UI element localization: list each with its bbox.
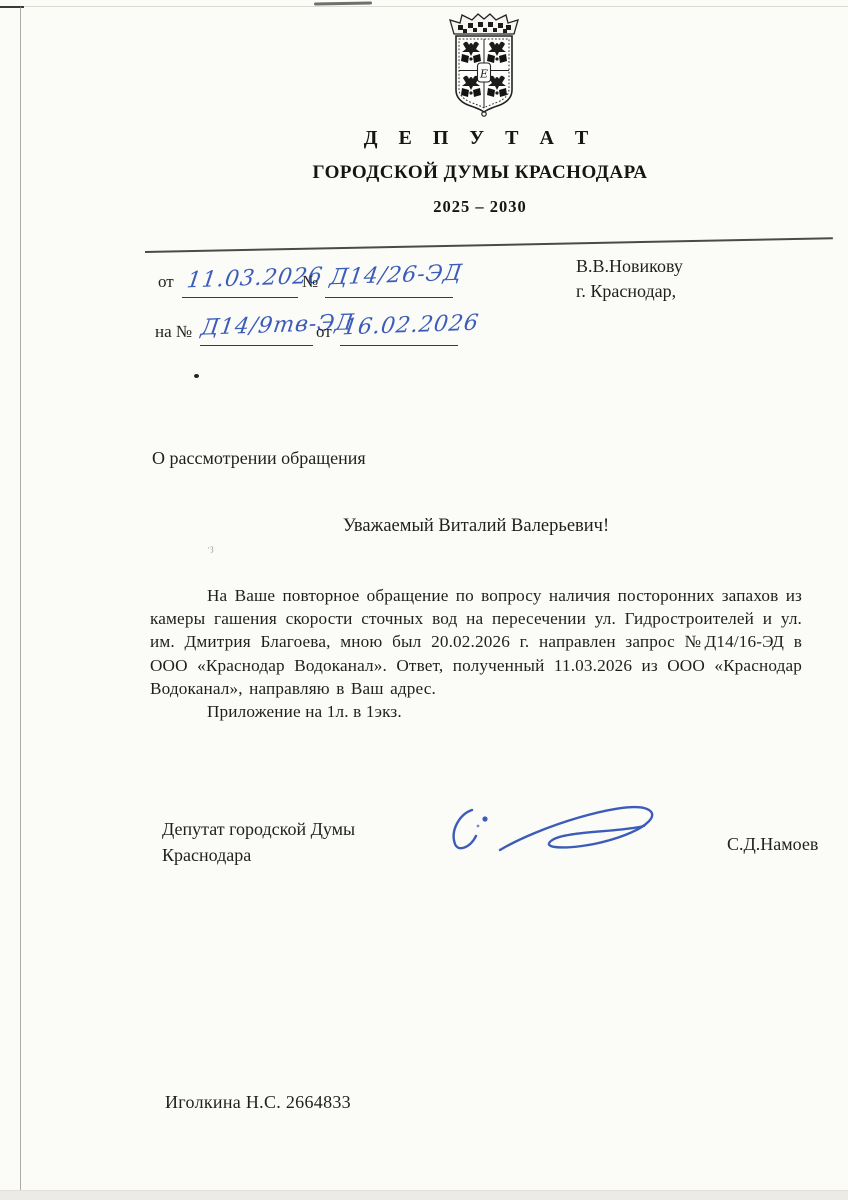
ref-incoming-date-label: от (316, 322, 332, 342)
ref-number-value-handwritten: Д14/26-ЭД (328, 261, 464, 291)
ref-number-underline (325, 297, 453, 298)
letterhead-divider (145, 237, 833, 253)
ref-date-label: от (158, 272, 174, 292)
ref-number-label: № (302, 272, 318, 292)
recipient-name: В.В.Новикову (576, 254, 683, 279)
handwritten-signature (430, 792, 680, 867)
ref-incoming-date-underline (340, 345, 458, 346)
letterhead-subtitle: ГОРОДСКОЙ ДУМЫ КРАСНОДАРА (150, 162, 810, 184)
scan-top-hairline (0, 6, 848, 7)
scan-ink-dot (194, 374, 199, 378)
monogram-letter: Е (479, 68, 488, 81)
body-paragraph: На Ваше повторное обращение по вопросу н… (150, 584, 802, 700)
ref-incoming-underline (200, 345, 313, 346)
signer-position-line1: Депутат городской Думы (162, 816, 355, 842)
scan-bottom-band (0, 1190, 848, 1200)
coat-of-arms-icon: Е (445, 12, 523, 120)
signer-position-line2: Краснодара (162, 842, 355, 868)
scan-tiny-mark: ·ȝ (207, 545, 215, 551)
coat-of-arms-emblem: Е (445, 12, 523, 120)
ref-incoming-label: на № (155, 322, 192, 342)
executor-line: Иголкина Н.С. 2664833 (165, 1092, 351, 1113)
scanned-letter-page: ·ȝ (0, 0, 848, 1200)
ref-incoming-date-value-handwritten: 16.02.2026 (341, 311, 480, 341)
recipient-city: г. Краснодар, (576, 279, 676, 304)
scan-left-edge-line (20, 7, 21, 1200)
signer-name: С.Д.Намоев (727, 834, 818, 855)
letterhead-term: 2025 – 2030 (150, 197, 810, 217)
scan-top-smudge (314, 1, 372, 5)
ref-incoming-value-handwritten: Д14/9тв-ЭД (199, 310, 356, 340)
ref-date-underline (182, 297, 298, 298)
signer-position: Депутат городской Думы Краснодара (162, 816, 355, 868)
letter-body: На Ваше повторное обращение по вопросу н… (150, 584, 802, 723)
letterhead-title: Д Е П У Т А Т (150, 127, 810, 150)
subject-line: О рассмотрении обращения (152, 448, 366, 469)
attachment-line: Приложение на 1л. в 1экз. (150, 700, 802, 723)
signature-stroke-icon (430, 792, 680, 867)
greeting-line: Уважаемый Виталий Валерьевич! (150, 516, 802, 537)
